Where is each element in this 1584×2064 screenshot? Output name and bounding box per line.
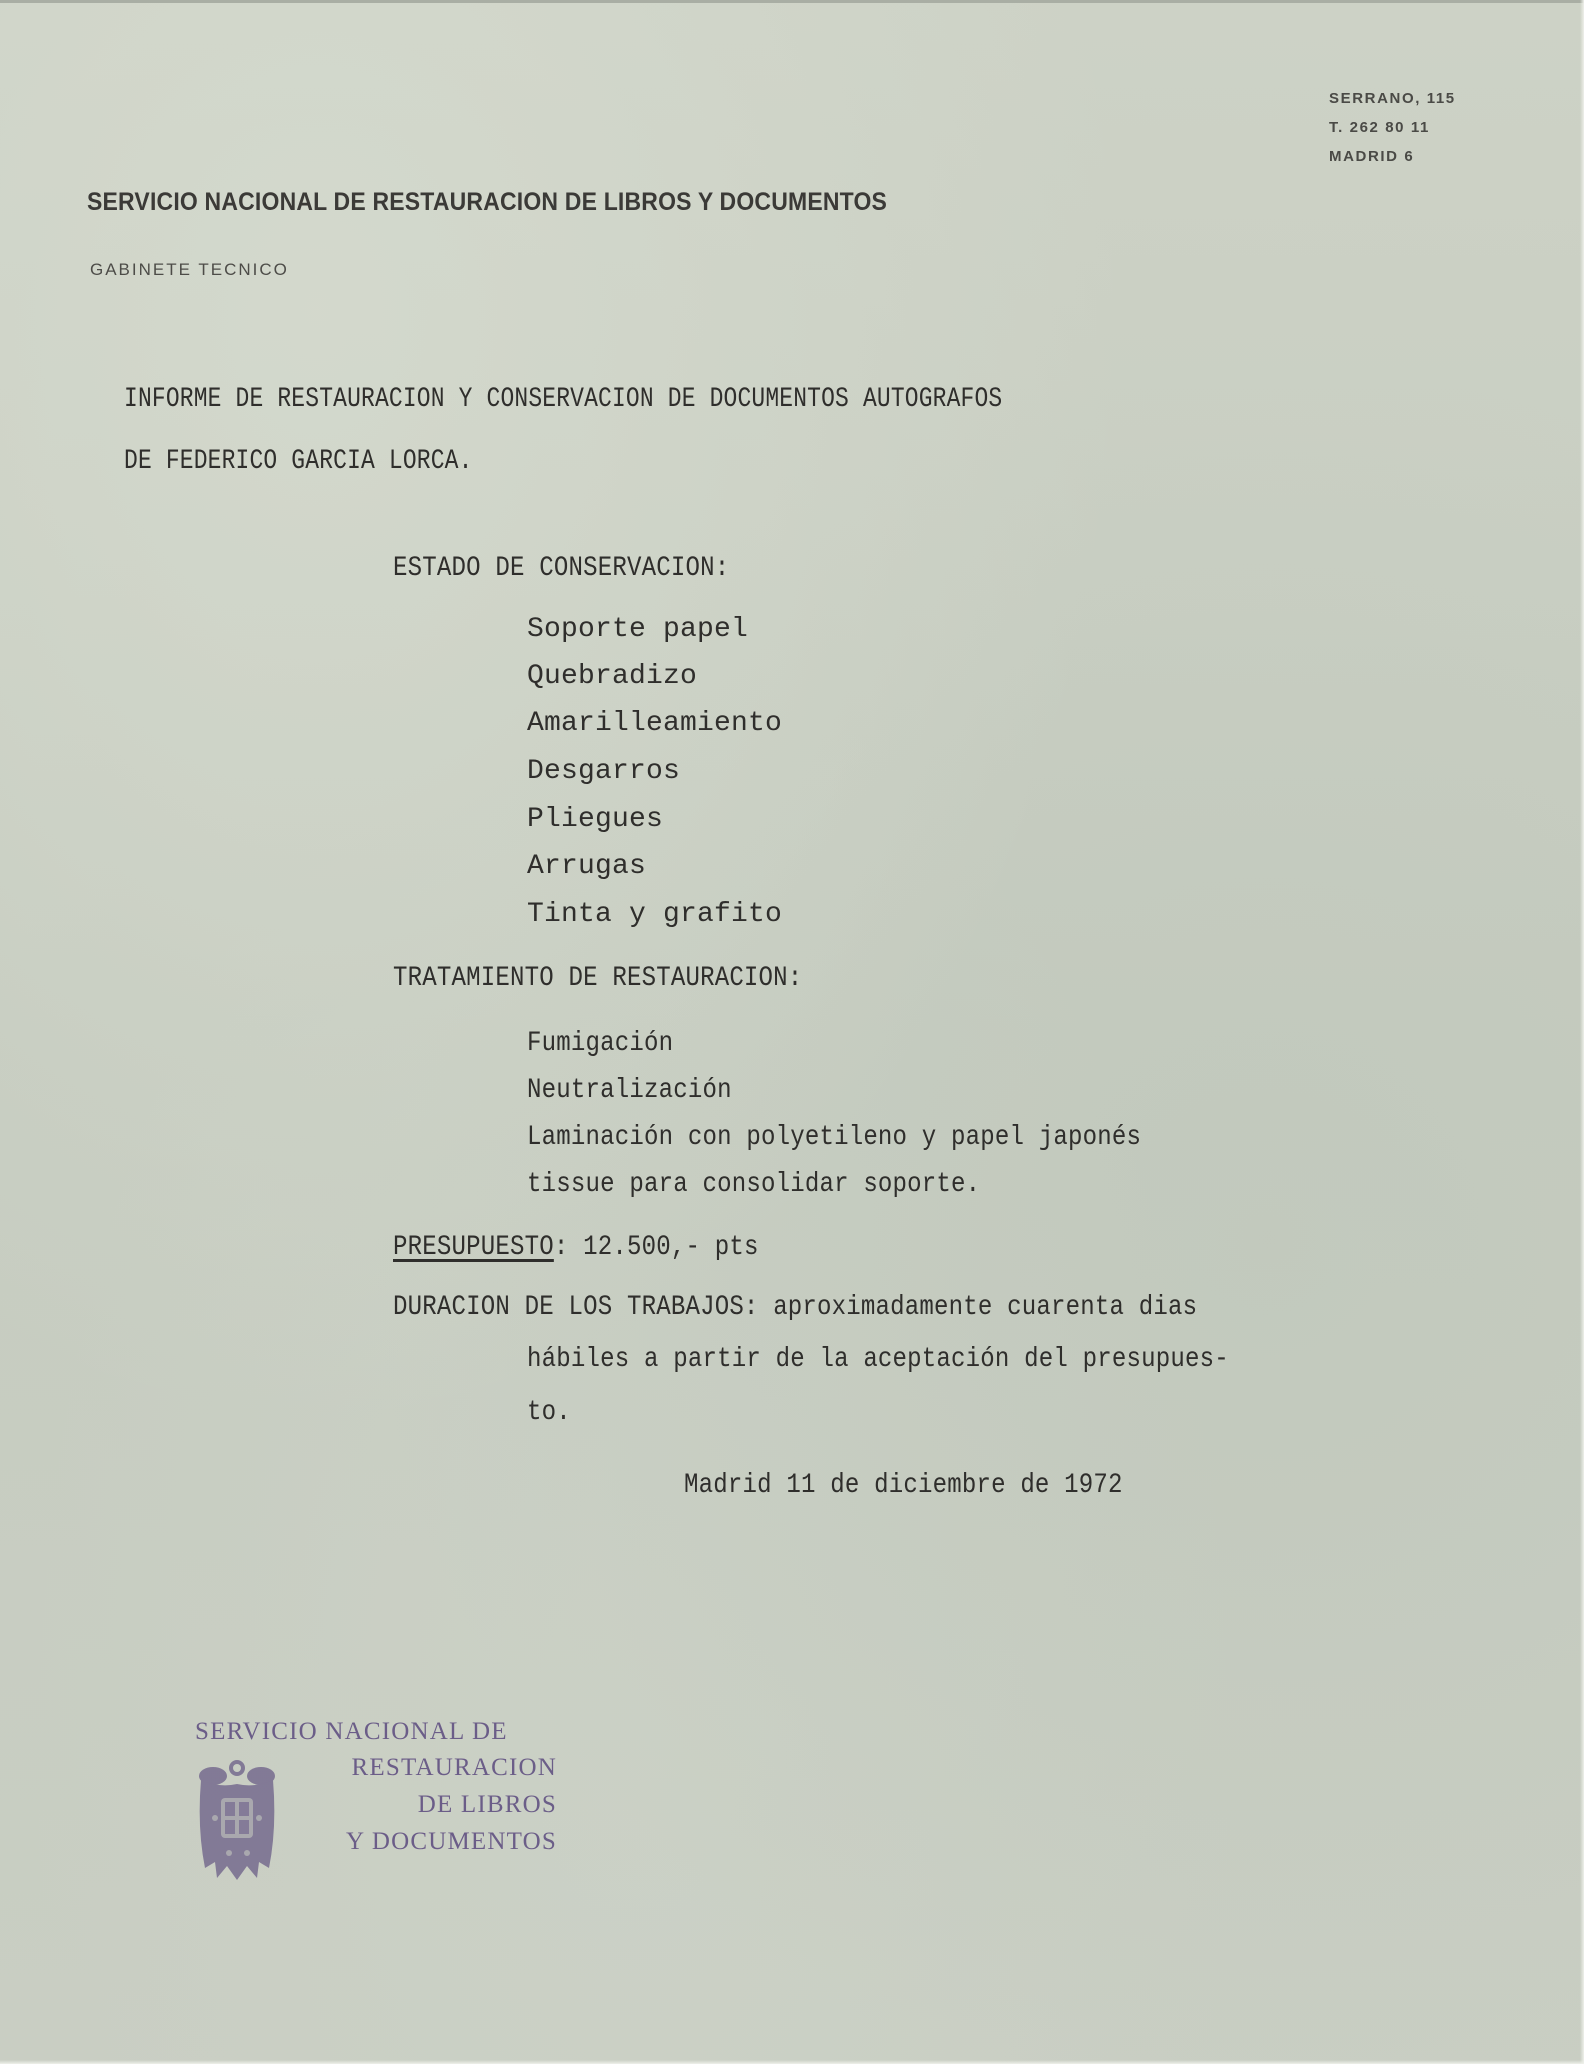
duration-text-1: aproximadamente cuarenta dias [759, 1292, 1198, 1323]
duration-line-2: hábiles a partir de la aceptación del pr… [527, 1344, 1229, 1375]
stamp-line-2: RESTAURACION [352, 1754, 557, 1782]
duration-line-1: DURACION DE LOS TRABAJOS: aproximadament… [393, 1292, 1197, 1323]
address-phone: T. 262 80 11 [1329, 113, 1456, 142]
treatment-item: Laminación con polyetileno y papel japon… [527, 1122, 1141, 1153]
budget-separator: : [554, 1232, 569, 1263]
report-title-line-1: INFORME DE RESTAURACION Y CONSERVACION D… [124, 384, 1002, 415]
treatment-item: Fumigación [527, 1028, 673, 1059]
report-title-line-2: DE FEDERICO GARCIA LORCA. [124, 446, 473, 477]
treatment-item: Neutralización [527, 1075, 732, 1106]
address-street: SERRANO, 115 [1329, 84, 1456, 113]
duration-label: DURACION DE LOS TRABAJOS: [393, 1292, 759, 1323]
paper-right-edge [1580, 0, 1584, 2064]
budget-label: PRESUPUESTO [393, 1232, 554, 1263]
address-city: MADRID 6 [1329, 142, 1456, 171]
stamp-line-1: SERVICIO NACIONAL DE [195, 1718, 508, 1746]
conservation-item: Pliegues [527, 804, 663, 835]
stamp-line-4: Y DOCUMENTOS [346, 1828, 557, 1856]
conservation-heading: ESTADO DE CONSERVACION: [393, 553, 729, 584]
duration-line-3: to. [527, 1397, 571, 1428]
conservation-item: Desgarros [527, 756, 680, 787]
date-line: Madrid 11 de diciembre de 1972 [684, 1470, 1123, 1501]
budget-line: PRESUPUESTO: 12.500,- pts [393, 1232, 759, 1263]
treatment-item: tissue para consolidar soporte. [527, 1169, 980, 1200]
official-stamp: SERVICIO NACIONAL DE RESTAURACION DE LIB… [195, 1718, 575, 1878]
paper-bottom-edge [0, 2060, 1584, 2064]
conservation-item: Tinta y grafito [527, 899, 782, 930]
treatment-heading: TRATAMIENTO DE RESTAURACION: [393, 963, 802, 994]
stamp-line-3: DE LIBROS [418, 1791, 557, 1819]
budget-value: 12.500,- pts [568, 1232, 758, 1263]
organization-name: SERVICIO NACIONAL DE RESTAURACION DE LIB… [87, 188, 887, 217]
department-name: GABINETE TECNICO [90, 260, 289, 280]
conservation-item: Quebradizo [527, 661, 697, 692]
eagle-crest-icon [195, 1758, 279, 1884]
conservation-item: Arrugas [527, 851, 646, 882]
conservation-item: Soporte papel [527, 614, 748, 645]
conservation-item: Amarilleamiento [527, 708, 782, 739]
letterhead-address: SERRANO, 115 T. 262 80 11 MADRID 6 [1329, 84, 1456, 171]
paper-top-edge [0, 0, 1584, 3]
